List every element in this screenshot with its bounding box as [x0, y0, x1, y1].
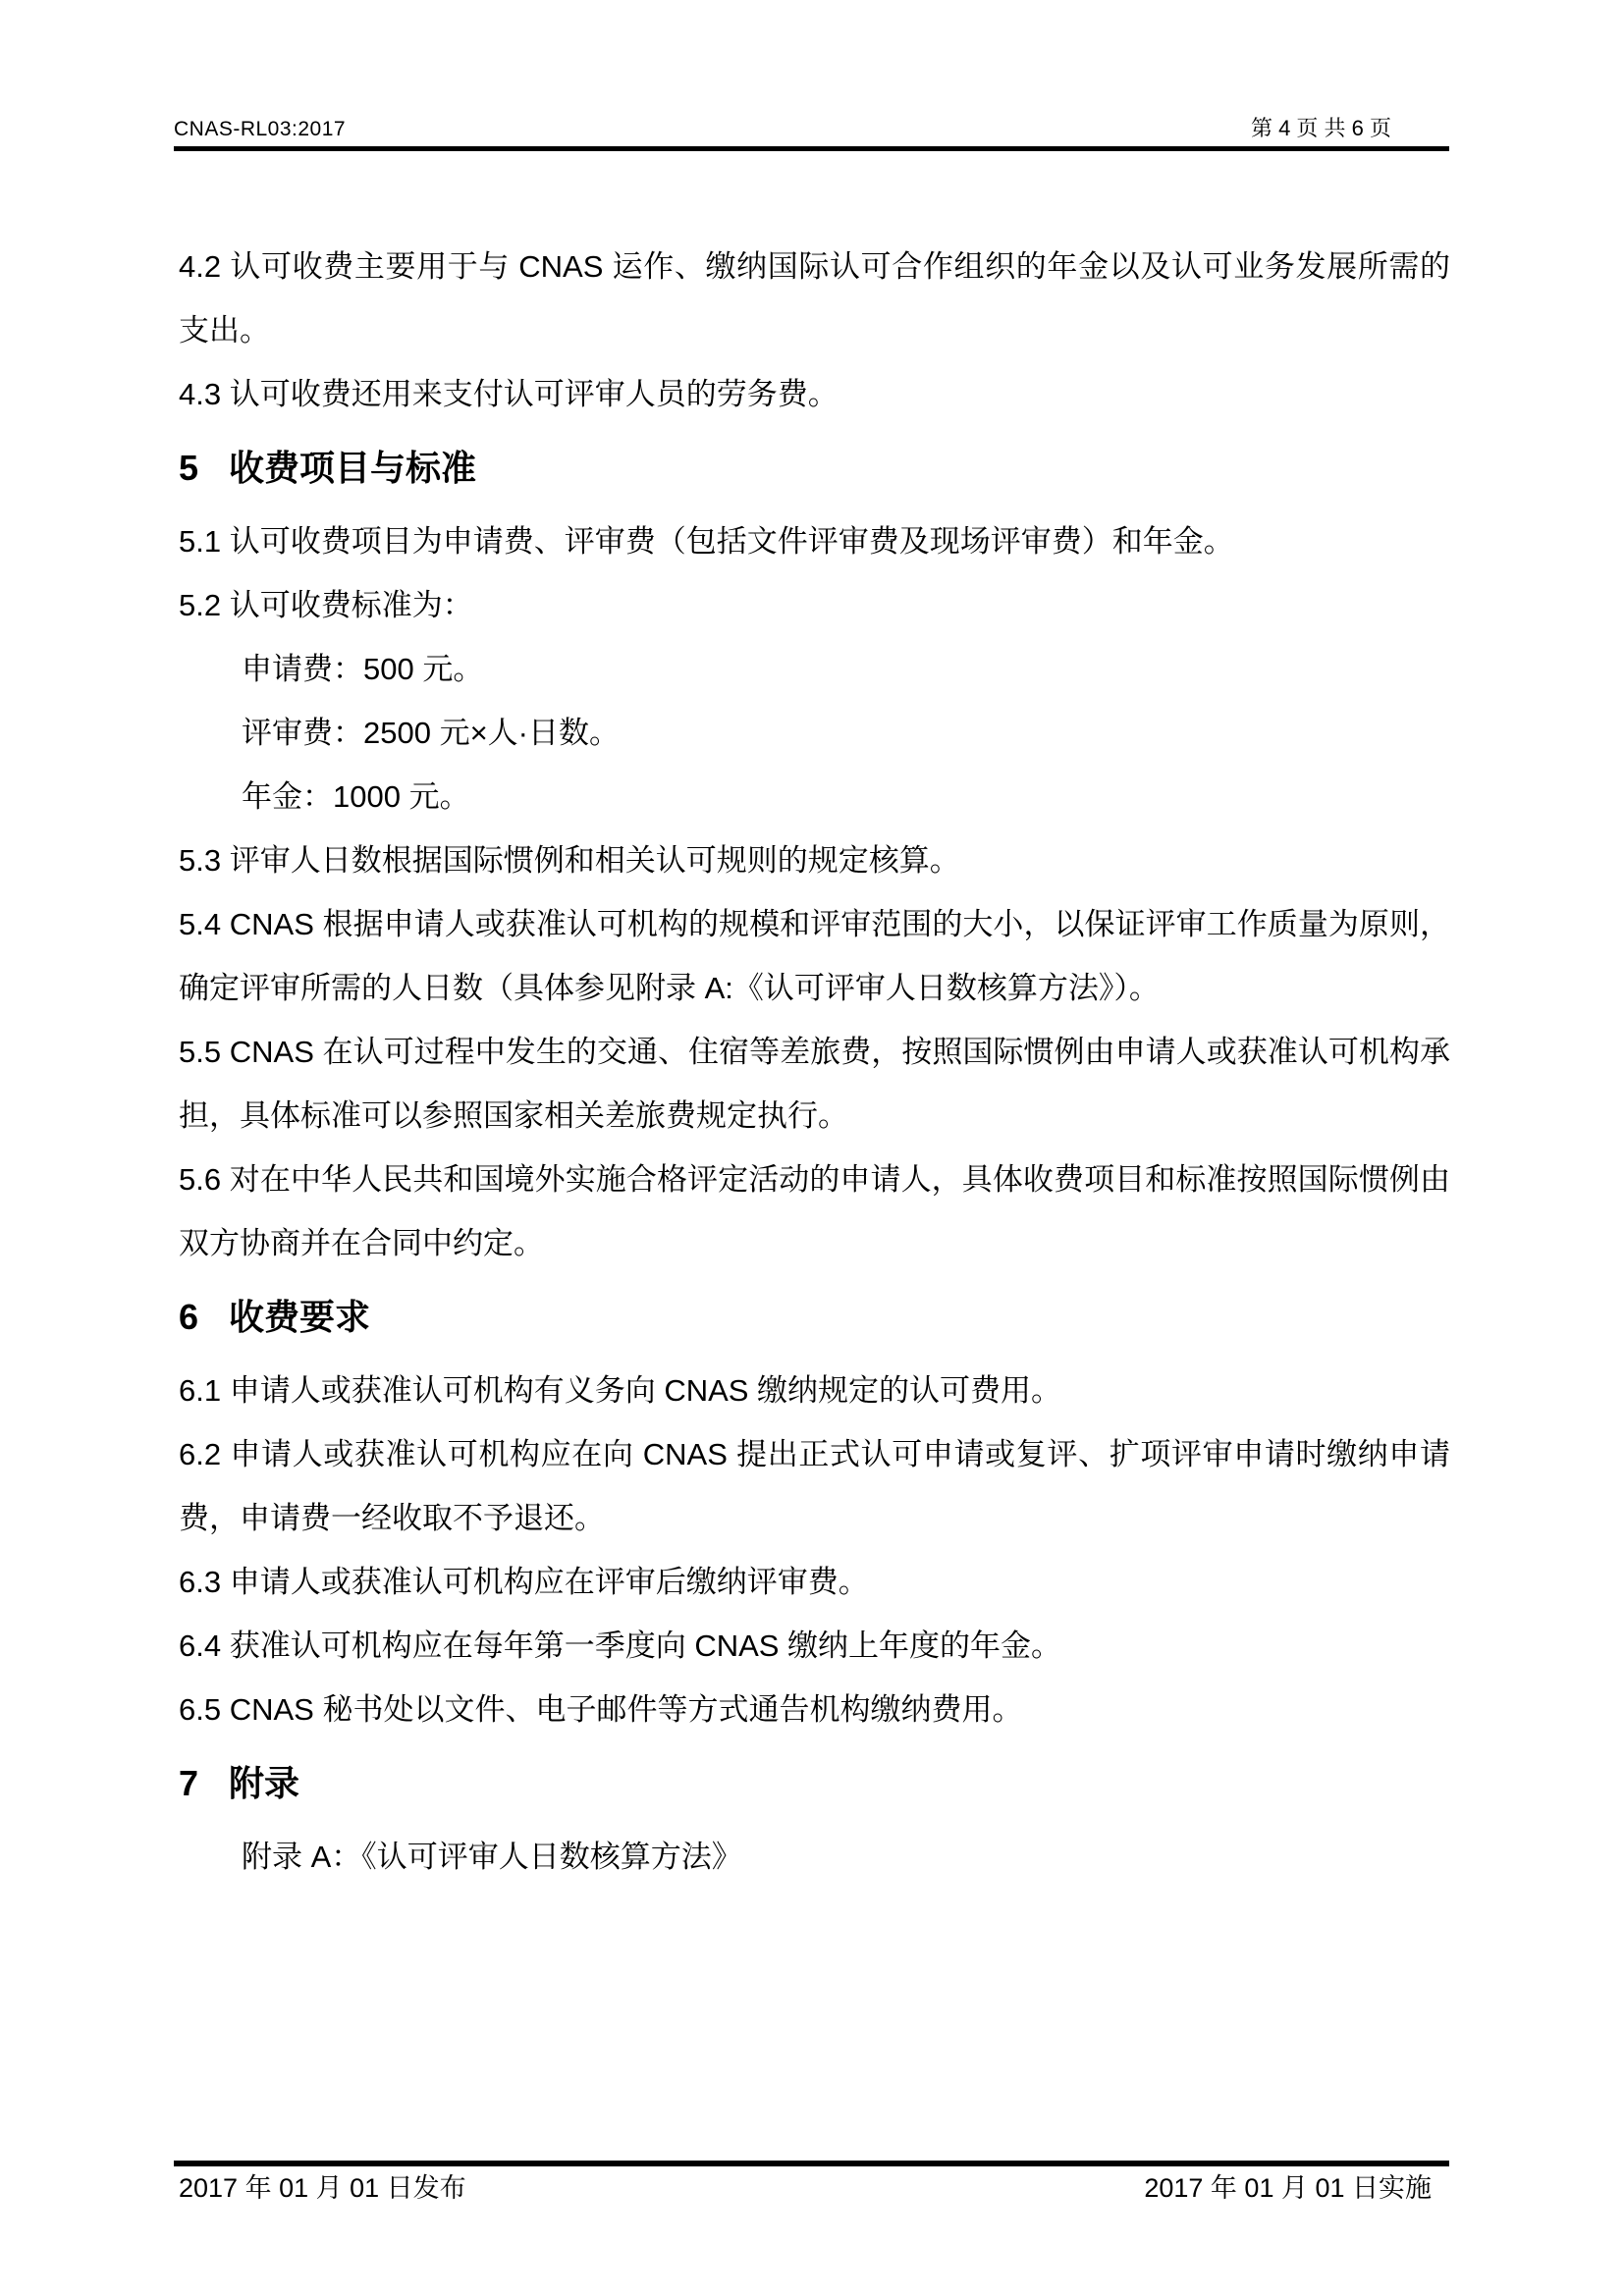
appendix-reference: 附录 A：《认可评审人日数核算方法》 — [179, 1825, 1450, 1889]
para-5-3: 5.3 评审人日数根据国际惯例和相关认可规则的规定核算。 — [179, 828, 1450, 892]
implementation-date: 2017 年 01 月 01 日实施 — [1144, 2172, 1449, 2204]
para-4-3: 4.3 认可收费还用来支付认可评审人员的劳务费。 — [179, 362, 1450, 426]
para-6-2: 6.2 申请人或获准认可机构应在向 CNAS 提出正式认可申请或复评、扩项评审申… — [179, 1422, 1450, 1550]
para-6-4: 6.4 获准认可机构应在每年第一季度向 CNAS 缴纳上年度的年金。 — [179, 1614, 1450, 1678]
para-6-5: 6.5 CNAS 秘书处以文件、电子邮件等方式通告机构缴纳费用。 — [179, 1678, 1450, 1741]
para-6-1: 6.1 申请人或获准认可机构有义务向 CNAS 缴纳规定的认可费用。 — [179, 1359, 1450, 1422]
section-heading-7: 7附录 — [179, 1751, 1450, 1815]
heading-number: 7 — [179, 1751, 229, 1815]
para-5-5: 5.5 CNAS 在认可过程中发生的交通、住宿等差旅费，按照国际惯例由申请人或获… — [179, 1020, 1450, 1148]
doc-number: CNAS-RL03:2017 — [174, 118, 346, 141]
footer-rule — [174, 2161, 1449, 2166]
fee-item-annual: 年金：1000 元。 — [179, 765, 1450, 828]
page-footer: 2017 年 01 月 01 日发布 2017 年 01 月 01 日实施 — [179, 2172, 1449, 2204]
section-heading-6: 6收费要求 — [179, 1285, 1450, 1349]
heading-number: 6 — [179, 1285, 229, 1349]
para-5-1: 5.1 认可收费项目为申请费、评审费（包括文件评审费及现场评审费）和年金。 — [179, 509, 1450, 573]
heading-title: 收费项目与标准 — [229, 448, 476, 488]
fee-item-assessment: 评审费：2500 元×人·日数。 — [179, 701, 1450, 765]
release-date: 2017 年 01 月 01 日发布 — [179, 2172, 466, 2204]
header-rule — [174, 146, 1449, 151]
para-6-3: 6.3 申请人或获准认可机构应在评审后缴纳评审费。 — [179, 1550, 1450, 1614]
para-5-4: 5.4 CNAS 根据申请人或获准认可机构的规模和评审范围的大小，以保证评审工作… — [179, 892, 1450, 1020]
page-header: CNAS-RL03:2017 第 4 页 共 6 页 — [174, 112, 1450, 142]
document-body: 4.2 认可收费主要用于与 CNAS 运作、缴纳国际认可合作组织的年金以及认可业… — [179, 235, 1450, 1889]
para-5-6: 5.6 对在中华人民共和国境外实施合格评定活动的申请人，具体收费项目和标准按照国… — [179, 1148, 1450, 1275]
para-5-2: 5.2 认可收费标准为： — [179, 573, 1450, 637]
document-page: CNAS-RL03:2017 第 4 页 共 6 页 4.2 认可收费主要用于与… — [0, 0, 1624, 2296]
heading-title: 收费要求 — [229, 1297, 370, 1337]
fee-item-application: 申请费：500 元。 — [179, 637, 1450, 701]
section-heading-5: 5收费项目与标准 — [179, 436, 1450, 500]
heading-title: 附录 — [229, 1763, 299, 1803]
para-4-2: 4.2 认可收费主要用于与 CNAS 运作、缴纳国际认可合作组织的年金以及认可业… — [179, 235, 1450, 362]
heading-number: 5 — [179, 436, 229, 500]
page-number-info: 第 4 页 共 6 页 — [1251, 112, 1450, 142]
